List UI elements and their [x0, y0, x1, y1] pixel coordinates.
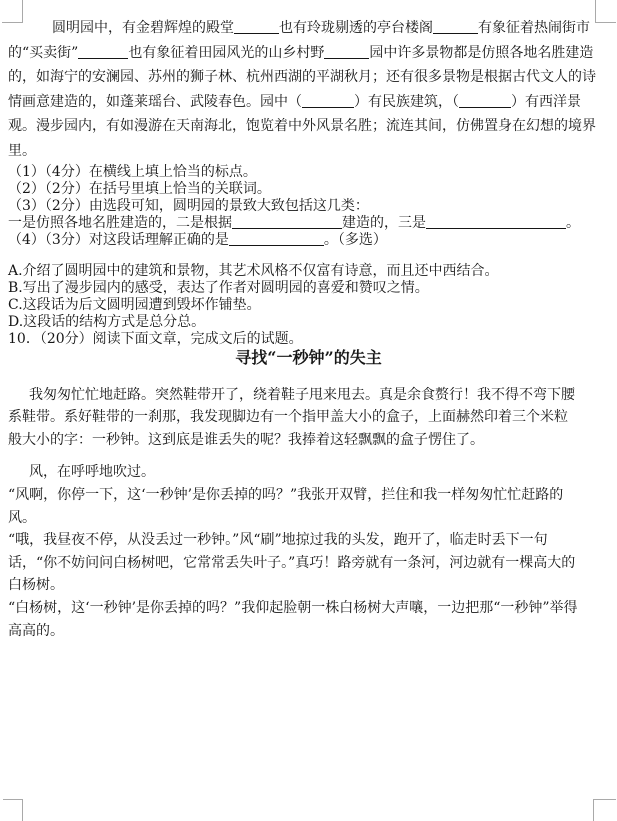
option-c: C.这段话为后文圆明园遭到毁坏作铺垫。	[8, 297, 609, 314]
story-paragraph-5: “白杨树，这‘一秒钟’是你丢掉的吗？”我仰起脸朝一株白杨树大声嚷，一边把那“一秒…	[8, 597, 580, 642]
reading-title: 寻找“一秒钟”的失主	[8, 348, 609, 368]
answer-blank	[459, 94, 511, 108]
text-run: 圆明园中，有金碧辉煌的殿堂	[52, 20, 234, 36]
story-paragraph-4: “哦，我昼夜不停，从没丢过一秒钟。”风“刷”地掠过我的头发，跑开了，临走时丢下一…	[8, 529, 580, 597]
text-run: “哦，我昼夜不停，从没丢过一秒钟。”风“刷”地掠过我的头发，跑开了，临走时丢下一…	[8, 532, 575, 593]
text-run: 建造的，三是	[342, 215, 426, 231]
text-run: A.介绍了圆明园中的建筑和景物，其艺术风格不仅富有诗意，而且还中西结合。	[8, 263, 499, 279]
text-run: ）有民族建筑，（	[354, 94, 459, 110]
option-d: D.这段话的结构方式是总分总。	[8, 314, 609, 331]
text-run: 10．（20分）阅读下面文章，完成文后的试题。	[8, 331, 303, 347]
answer-blank	[229, 232, 324, 246]
intro-paragraph: 圆明园中，有金碧辉煌的殿堂也有玲珑剔透的亭台楼阁有象征着热闹街市的“买卖街”也有…	[8, 16, 596, 164]
question-10: 10．（20分）阅读下面文章，完成文后的试题。	[8, 331, 609, 348]
text-run: （2）（2分）在括号里填上恰当的关联词。	[8, 181, 271, 197]
option-a: A.介绍了圆明园中的建筑和景物，其艺术风格不仅富有诗意，而且还中西结合。	[8, 263, 609, 280]
text-run: 风，在呼呼地吹过。	[29, 464, 155, 480]
text-run: 。	[566, 215, 580, 231]
text-run: 我匆匆忙忙地赶路。突然鞋带开了，绕着鞋子甩来甩去。真是余食赘行！我不得不弯下腰系…	[8, 387, 575, 448]
text-run: 寻找“一秒钟”的失主	[235, 348, 381, 367]
question-4: （4）（3分）对这段话理解正确的是。（多选）	[8, 232, 609, 249]
text-run: 也有玲珑剔透的亭台楼阁	[279, 20, 433, 36]
text-run: （4）（3分）对这段话理解正确的是	[8, 232, 229, 248]
answer-blank	[232, 215, 342, 229]
text-run: （3）（2分）由选段可知，圆明园的景致大致包括这几类：	[8, 198, 369, 214]
story-paragraph-1: 我匆匆忙忙地赶路。突然鞋带开了，绕着鞋子甩来甩去。真是余食赘行！我不得不弯下腰系…	[8, 384, 580, 452]
answer-blank	[433, 20, 478, 34]
document-body: 圆明园中，有金碧辉煌的殿堂也有玲珑剔透的亭台楼阁有象征着热闹街市的“买卖街”也有…	[8, 16, 609, 642]
question-3: （3）（2分）由选段可知，圆明园的景致大致包括这几类：	[8, 198, 609, 215]
text-boundary-mark-bottom-right	[593, 799, 616, 821]
question-2: （2）（2分）在括号里填上恰当的关联词。	[8, 181, 609, 198]
story-paragraph-3: “风啊，你停一下，这‘一秒钟’是你丢掉的吗？”我张开双臂，拦住和我一样匆匆忙忙赶…	[8, 484, 580, 529]
text-run: “白杨树，这‘一秒钟’是你丢掉的吗？”我仰起脸朝一株白杨树大声嚷，一边把那“一秒…	[8, 600, 578, 639]
story-paragraph-2: 风，在呼呼地吹过。	[8, 461, 580, 484]
text-run: 一是仿照各地名胜建造的，二是根据	[8, 215, 232, 231]
text-run: “风啊，你停一下，这‘一秒钟’是你丢掉的吗？”我张开双臂，拦住和我一样匆匆忙忙赶…	[8, 487, 563, 526]
document-page: 圆明园中，有金碧辉煌的殿堂也有玲珑剔透的亭台楼阁有象征着热闹街市的“买卖街”也有…	[0, 0, 617, 821]
answer-blank	[426, 215, 566, 229]
text-run: 也有象征着田园风光的山乡村野	[128, 45, 324, 61]
text-run: D.这段话的结构方式是总分总。	[8, 314, 205, 330]
question-1: （1）（4分）在横线上填上恰当的标点。	[8, 164, 609, 181]
text-run: C.这段话为后文圆明园遭到毁坏作铺垫。	[8, 297, 261, 313]
answer-blank	[324, 45, 369, 59]
answer-blank	[234, 20, 279, 34]
answer-blank	[78, 45, 128, 59]
text-run: B.写出了漫步园内的感受，表达了作者对圆明园的喜爱和赞叹之情。	[8, 280, 429, 296]
text-run: 。（多选）	[324, 232, 387, 248]
question-3-answer-line: 一是仿照各地名胜建造的，二是根据建造的，三是。	[8, 215, 609, 232]
answer-blank	[302, 94, 354, 108]
option-b: B.写出了漫步园内的感受，表达了作者对圆明园的喜爱和赞叹之情。	[8, 280, 609, 297]
text-run: （1）（4分）在横线上填上恰当的标点。	[8, 164, 257, 180]
text-boundary-mark-bottom-left	[3, 799, 23, 821]
